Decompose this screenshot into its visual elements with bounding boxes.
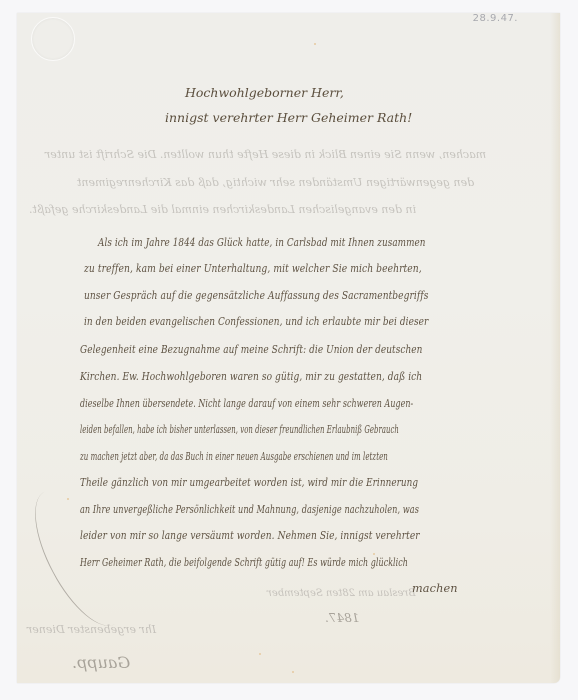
letter-body-line: unser Gespräch auf die gegensätzliche Au… bbox=[84, 289, 428, 302]
letter-body-line: Herr Geheimer Rath, die beifolgende Schr… bbox=[80, 556, 408, 569]
letter-body-line: Als ich im Jahre 1844 das Glück hatte, i… bbox=[98, 236, 426, 249]
bleed-through-signature: Ihr ergebenster Diener bbox=[27, 623, 156, 636]
letter-body-line: an Ihre unvergeßliche Persönlichkeit und… bbox=[80, 503, 419, 516]
letter-body-line: zu machen jetzt aber, da das Buch in ein… bbox=[80, 450, 388, 463]
bleed-through-line: in den evangelischen Landeskirchen einma… bbox=[29, 203, 416, 216]
letter-page: 28.9.47. machen, wenn Sie einen Blick in… bbox=[17, 13, 560, 683]
letter-body-line: leiden befallen, habe ich bisher unterla… bbox=[80, 423, 399, 436]
letter-body-line: in den beiden evangelischen Confessionen… bbox=[84, 315, 428, 328]
embossed-seal-icon bbox=[31, 17, 75, 61]
letter-body-line: Kirchen. Ew. Hochwohlgeboren waren so gü… bbox=[80, 370, 422, 383]
salutation-line-1: Hochwohlgeborner Herr, bbox=[185, 85, 344, 100]
letter-body-line: Gelegenheit eine Bezugnahme auf meine Sc… bbox=[80, 343, 422, 356]
bleed-through-line: den gegenwärtigen Umständen sehr wichtig… bbox=[77, 176, 474, 189]
paper-stain bbox=[292, 671, 294, 673]
letter-body-line: dieselbe Ihnen übersendete. Nicht lange … bbox=[80, 397, 413, 410]
letter-body-line: zu treffen, kam bei einer Unterhaltung, … bbox=[84, 262, 422, 275]
bleed-through-signature-name: Gaupp. bbox=[72, 653, 130, 672]
bleed-through-year: 1847. bbox=[325, 611, 359, 625]
paper-stain bbox=[67, 498, 69, 500]
letter-body-line: machen bbox=[412, 582, 458, 595]
paper-stain bbox=[259, 653, 261, 655]
letter-body-line: Theile gänzlich von mir umgearbeitet wor… bbox=[80, 476, 418, 489]
archive-pencil-note: 28.9.47. bbox=[473, 13, 518, 24]
bleed-through-date: Breslau am 28ten September bbox=[267, 588, 416, 599]
letter-body-line: leider von mir so lange versäumt worden.… bbox=[80, 529, 420, 542]
paper-stain bbox=[373, 553, 375, 555]
salutation-line-2: innigst verehrter Herr Geheimer Rath! bbox=[165, 110, 412, 125]
bleed-through-line: machen, wenn Sie einen Blick in diese He… bbox=[45, 148, 486, 161]
paper-stain bbox=[314, 43, 316, 45]
